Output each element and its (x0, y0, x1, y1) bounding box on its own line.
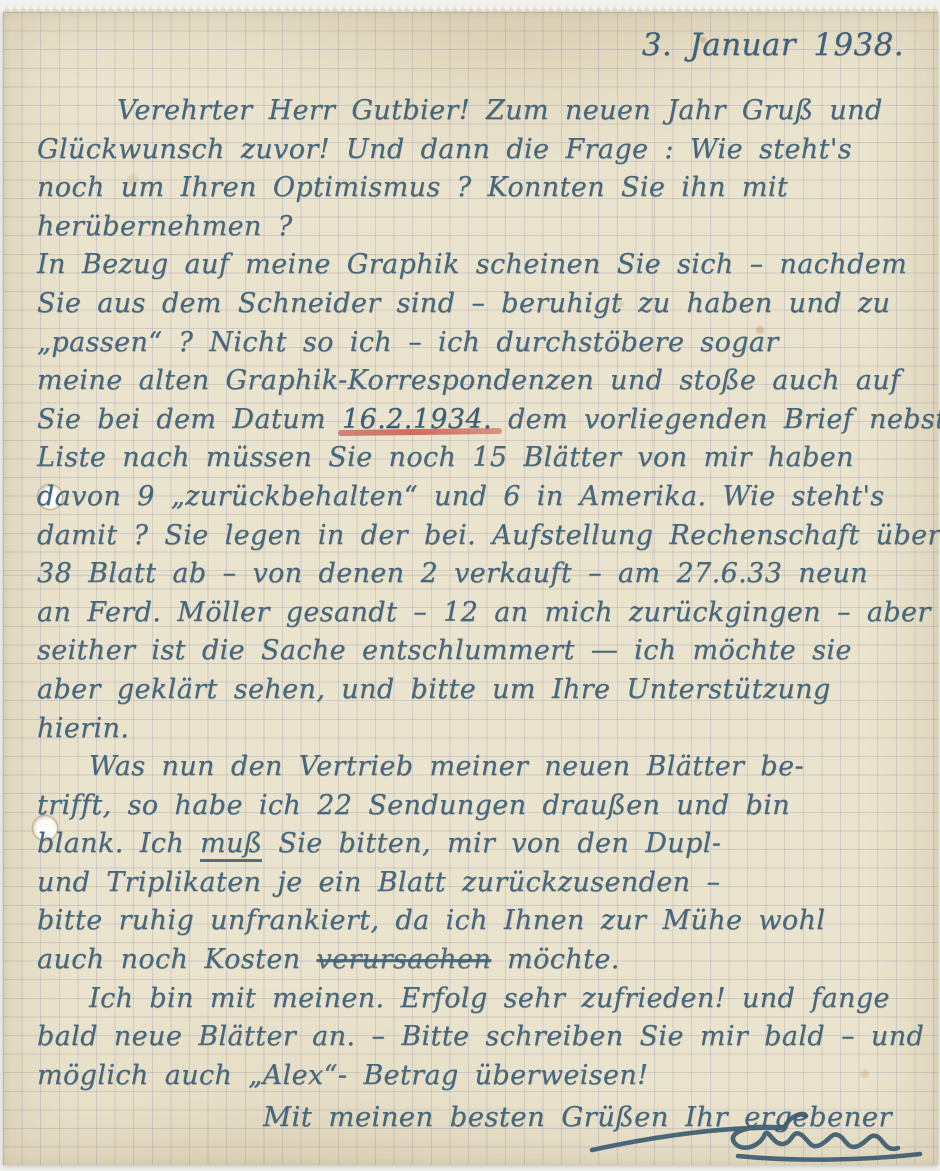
text-segment: möglich auch „Alex“- Betrag überweisen! (37, 1060, 648, 1091)
letter-line: bitte ruhig unfrankiert, da ich Ihnen zu… (37, 902, 930, 941)
letter-line: an Ferd. Möller gesandt – 12 an mich zur… (37, 594, 930, 633)
text-segment: Sie aus dem Schneider sind – beruhigt zu… (37, 288, 890, 319)
text-segment: Ich bin mit meinen. Erfolg sehr zufriede… (89, 983, 890, 1014)
text-segment: In Bezug auf meine Graphik scheinen Sie … (37, 249, 907, 280)
letter-line: Ich bin mit meinen. Erfolg sehr zufriede… (37, 980, 930, 1019)
letter-line: Verehrter Herr Gutbier! Zum neuen Jahr G… (37, 92, 930, 131)
letter-line: meine alten Graphik-Korrespondenzen und … (37, 362, 930, 401)
text-segment: meine alten Graphik-Korrespondenzen und … (37, 365, 901, 396)
text-segment: hierin. (37, 713, 129, 744)
red-underline-text: 16.2.1934. (342, 404, 492, 435)
text-segment: 38 Blatt ab – von denen 2 verkauft – am … (37, 558, 868, 589)
text-segment: Verehrter Herr Gutbier! Zum neuen Jahr G… (117, 95, 883, 126)
date-line: 3. Januar 1938. (37, 22, 930, 68)
text-segment: möchte. (491, 944, 620, 975)
text-segment: und Triplikaten je ein Blatt zurückzusen… (37, 867, 720, 898)
letter-line: damit ? Sie legen in der bei. Aufstellun… (37, 517, 930, 556)
letter-line: „passen“ ? Nicht so ich – ich durchstöbe… (37, 324, 930, 363)
letter-line: bald neue Blätter an. – Bitte schreiben … (37, 1018, 930, 1057)
text-segment: Sie bitten, mir von den Dupl- (262, 828, 721, 859)
text-segment: an Ferd. Möller gesandt – 12 an mich zur… (37, 597, 931, 628)
letter-line: blank. Ich muß Sie bitten, mir von den D… (37, 825, 930, 864)
letter-line: aber geklärt sehen, und bitte um Ihre Un… (37, 671, 930, 710)
text-segment: trifft, so habe ich 22 Sendungen draußen… (37, 790, 790, 821)
letter-line: Was nun den Vertrieb meiner neuen Blätte… (37, 748, 930, 787)
letter-line: hierin. (37, 710, 930, 749)
text-segment: auch noch Kosten (37, 944, 316, 975)
letter-line: davon 9 „zurückbehalten“ und 6 in Amerik… (37, 478, 930, 517)
text-segment: seither ist die Sache entschlummert — ic… (37, 635, 852, 666)
letter-line: Liste nach müssen Sie noch 15 Blätter vo… (37, 439, 930, 478)
strike-text: verursachen (316, 944, 491, 975)
letter-line: noch um Ihren Optimismus ? Konnten Sie i… (37, 169, 930, 208)
letter-body: Verehrter Herr Gutbier! Zum neuen Jahr G… (37, 92, 930, 1095)
letter-line: herübernehmen ? (37, 208, 930, 247)
letter-page: 3. Januar 1938. Verehrter Herr Gutbier! … (3, 12, 938, 1165)
letter-line: Sie bei dem Datum 16.2.1934. dem vorlieg… (37, 401, 930, 440)
text-segment: herübernehmen ? (37, 211, 293, 242)
text-segment: Glückwunsch zuvor! Und dann die Frage : … (37, 134, 852, 165)
text-segment: bald neue Blätter an. – Bitte schreiben … (37, 1021, 940, 1052)
letter-line: Sie aus dem Schneider sind – beruhigt zu… (37, 285, 930, 324)
text-segment: Sie bei dem Datum (37, 404, 342, 435)
text-segment: damit ? Sie legen in der bei. Aufstellun… (37, 520, 940, 551)
text-segment: Liste nach müssen Sie noch 15 Blätter vo… (37, 442, 854, 473)
text-segment: blank. Ich (37, 828, 200, 859)
handwritten-text: 3. Januar 1938. Verehrter Herr Gutbier! … (37, 22, 930, 1137)
text-segment: dem vorliegenden Brief nebst (492, 404, 940, 435)
text-segment: davon 9 „zurückbehalten“ und 6 in Amerik… (37, 481, 885, 512)
letter-line: seither ist die Sache entschlummert — ic… (37, 632, 930, 671)
letter-line: In Bezug auf meine Graphik scheinen Sie … (37, 246, 930, 285)
letter-line: 38 Blatt ab – von denen 2 verkauft – am … (37, 555, 930, 594)
underline-text: muß (200, 828, 262, 862)
text-segment: bitte ruhig unfrankiert, da ich Ihnen zu… (37, 905, 825, 936)
letter-line: möglich auch „Alex“- Betrag überweisen! (37, 1057, 930, 1096)
letter-line: auch noch Kosten verursachen möchte. (37, 941, 930, 980)
signature-flourish (588, 1098, 924, 1171)
text-segment: noch um Ihren Optimismus ? Konnten Sie i… (37, 172, 788, 203)
letter-line: trifft, so habe ich 22 Sendungen draußen… (37, 787, 930, 826)
letter-line: Glückwunsch zuvor! Und dann die Frage : … (37, 131, 930, 170)
text-segment: Was nun den Vertrieb meiner neuen Blätte… (89, 751, 804, 782)
text-segment: aber geklärt sehen, und bitte um Ihre Un… (37, 674, 831, 705)
text-segment: „passen“ ? Nicht so ich – ich durchstöbe… (37, 327, 779, 358)
letter-line: und Triplikaten je ein Blatt zurückzusen… (37, 864, 930, 903)
